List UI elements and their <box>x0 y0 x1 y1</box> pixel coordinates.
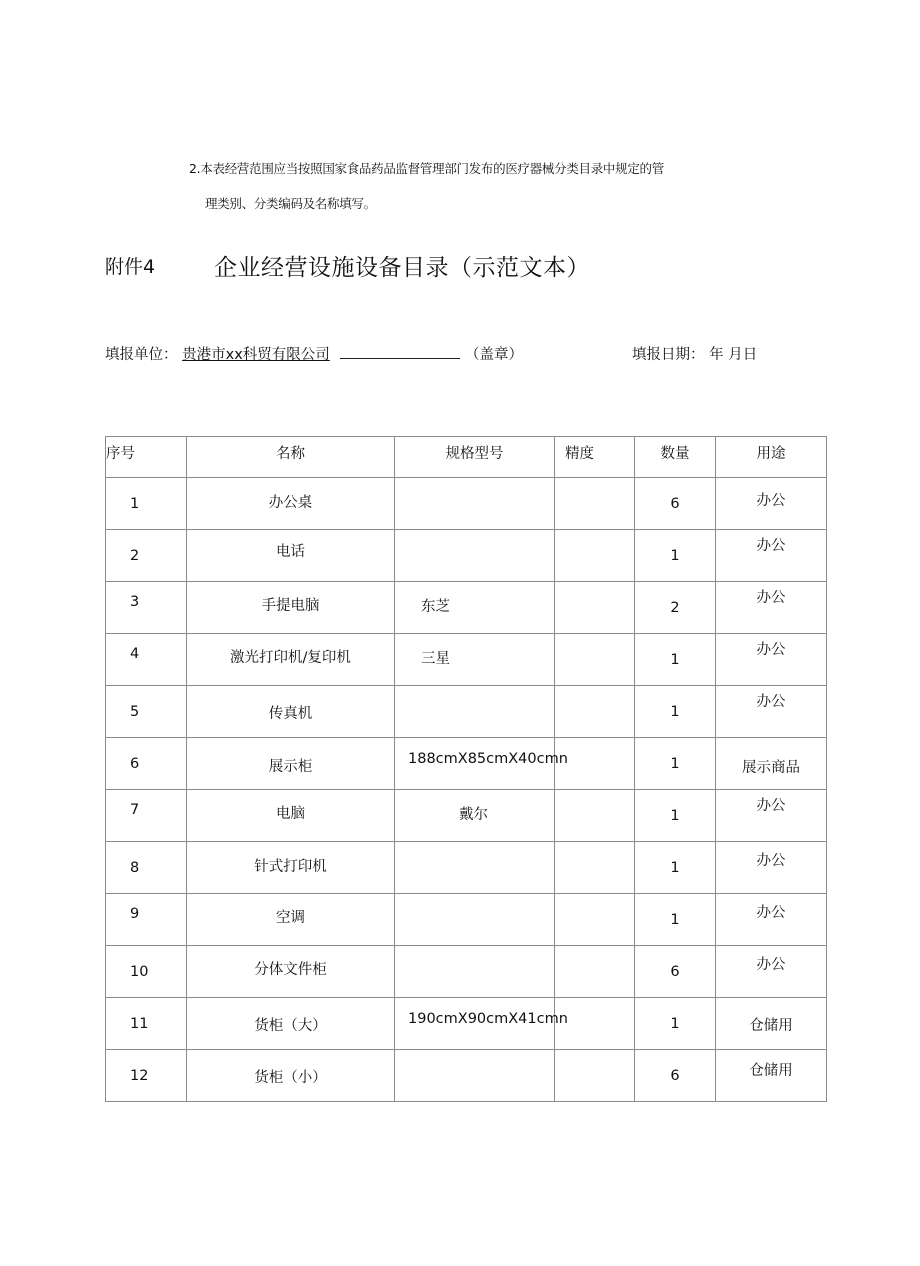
table-row: 5传真机1办公 <box>106 686 827 738</box>
cell-index: 1 <box>106 478 187 530</box>
cell-spec: 188cmX85cmX40cmn <box>395 738 555 790</box>
cell-use: 仓储用 <box>716 998 827 1050</box>
cell-index-text: 11 <box>130 1016 148 1032</box>
cell-use: 办公 <box>716 790 827 842</box>
table-row: 8针式打印机1办公 <box>106 842 827 894</box>
header-index: 序号 <box>106 437 187 478</box>
cell-spec-text: 190cmX90cmX41cmn <box>408 1011 568 1027</box>
cell-use-text: 展示商品 <box>716 756 826 777</box>
cell-spec <box>395 1050 555 1102</box>
cell-index: 10 <box>106 946 187 998</box>
cell-precision <box>555 530 635 582</box>
cell-use-text: 办公 <box>716 901 826 922</box>
cell-name-text: 手提电脑 <box>187 594 394 615</box>
cell-spec-text: 戴尔 <box>459 803 488 824</box>
cell-use-text: 办公 <box>716 849 826 870</box>
cell-use: 办公 <box>716 686 827 738</box>
cell-name-text: 分体文件柜 <box>187 958 394 979</box>
cell-index-text: 8 <box>130 860 139 876</box>
cell-name-text: 货柜（大） <box>187 1014 394 1035</box>
cell-use: 办公 <box>716 634 827 686</box>
cell-name-text: 电脑 <box>187 802 394 823</box>
attachment-label: 附件4 <box>105 252 155 279</box>
table-row: 1办公桌6办公 <box>106 478 827 530</box>
fill-date-row: 填报日期： 年 月日 <box>632 343 757 364</box>
cell-use: 办公 <box>716 946 827 998</box>
table-header-row: 序号 名称 规格型号 精度 数量 用途 <box>106 437 827 478</box>
cell-precision <box>555 946 635 998</box>
cell-spec <box>395 946 555 998</box>
cell-quantity-text: 6 <box>635 1068 715 1084</box>
cell-use-text: 办公 <box>716 534 826 555</box>
cell-name: 手提电脑 <box>187 582 395 634</box>
cell-quantity: 2 <box>635 582 716 634</box>
cell-index-text: 6 <box>130 756 139 772</box>
cell-precision <box>555 842 635 894</box>
cell-index-text: 12 <box>130 1068 148 1084</box>
cell-quantity: 1 <box>635 634 716 686</box>
cell-spec: 三星 <box>395 634 555 686</box>
cell-quantity-text: 6 <box>635 496 715 512</box>
cell-quantity: 6 <box>635 946 716 998</box>
cell-index-text: 1 <box>130 496 139 512</box>
cell-spec <box>395 530 555 582</box>
cell-use-text: 办公 <box>716 489 826 510</box>
cell-precision <box>555 582 635 634</box>
table-row: 11货柜（大）190cmX90cmX41cmn1仓储用 <box>106 998 827 1050</box>
cell-spec-text: 188cmX85cmX40cmn <box>408 751 568 767</box>
cell-index: 7 <box>106 790 187 842</box>
cell-index-text: 2 <box>130 548 139 564</box>
cell-name-text: 针式打印机 <box>187 855 394 876</box>
cell-use-text: 办公 <box>716 638 826 659</box>
equipment-table: 序号 名称 规格型号 精度 数量 用途 1办公桌6办公2电话1办公3手提电脑东芝… <box>105 436 827 1102</box>
cell-quantity: 1 <box>635 894 716 946</box>
cell-spec: 戴尔 <box>395 790 555 842</box>
cell-quantity-text: 1 <box>635 704 715 720</box>
cell-name: 电话 <box>187 530 395 582</box>
cell-quantity-text: 1 <box>635 756 715 772</box>
table-row: 9空调1办公 <box>106 894 827 946</box>
header-name: 名称 <box>187 437 395 478</box>
company-name: 贵港市xx科贸有限公司 <box>182 347 330 363</box>
cell-name: 货柜（大） <box>187 998 395 1050</box>
cell-name: 办公桌 <box>187 478 395 530</box>
cell-index: 5 <box>106 686 187 738</box>
note-line-1: 2.本表经营范围应当按照国家食品药品监督管理部门发布的医疗器械分类目录中规定的管 <box>189 159 664 177</box>
cell-spec <box>395 478 555 530</box>
cell-use-text: 办公 <box>716 794 826 815</box>
cell-name-text: 展示柜 <box>187 755 394 776</box>
signature-blank-line <box>340 344 460 359</box>
cell-quantity-text: 2 <box>635 600 715 616</box>
cell-quantity-text: 1 <box>635 652 715 668</box>
seal-label: （盖章） <box>465 347 523 363</box>
cell-name: 传真机 <box>187 686 395 738</box>
cell-quantity-text: 1 <box>635 912 715 928</box>
cell-index: 4 <box>106 634 187 686</box>
cell-index-text: 9 <box>130 906 139 922</box>
cell-name: 空调 <box>187 894 395 946</box>
cell-spec-text: 东芝 <box>421 595 450 616</box>
cell-precision <box>555 894 635 946</box>
cell-index-text: 5 <box>130 704 139 720</box>
fill-date-label: 填报日期： <box>632 347 705 363</box>
header-spec: 规格型号 <box>395 437 555 478</box>
cell-index: 12 <box>106 1050 187 1102</box>
table-row: 3手提电脑东芝2办公 <box>106 582 827 634</box>
cell-quantity: 1 <box>635 738 716 790</box>
page-title: 企业经营设施设备目录（示范文本） <box>214 249 590 282</box>
cell-precision <box>555 634 635 686</box>
cell-name: 电脑 <box>187 790 395 842</box>
cell-use-text: 办公 <box>716 586 826 607</box>
cell-name-text: 空调 <box>187 906 394 927</box>
cell-quantity: 6 <box>635 478 716 530</box>
cell-quantity: 1 <box>635 530 716 582</box>
cell-precision <box>555 738 635 790</box>
cell-quantity: 1 <box>635 842 716 894</box>
cell-name-text: 办公桌 <box>187 491 394 512</box>
header-precision: 精度 <box>555 437 635 478</box>
cell-index: 6 <box>106 738 187 790</box>
cell-name-text: 激光打印机/复印机 <box>187 646 394 667</box>
cell-quantity: 1 <box>635 686 716 738</box>
cell-spec <box>395 686 555 738</box>
table-row: 4激光打印机/复印机三星1办公 <box>106 634 827 686</box>
cell-index-text: 10 <box>130 964 148 980</box>
cell-use-text: 仓储用 <box>716 1059 826 1080</box>
cell-quantity: 1 <box>635 790 716 842</box>
cell-use-text: 办公 <box>716 953 826 974</box>
cell-use: 办公 <box>716 530 827 582</box>
cell-name: 激光打印机/复印机 <box>187 634 395 686</box>
cell-index-text: 3 <box>130 594 139 610</box>
cell-precision <box>555 1050 635 1102</box>
cell-use: 办公 <box>716 478 827 530</box>
cell-use: 办公 <box>716 894 827 946</box>
cell-spec <box>395 842 555 894</box>
table-row: 7电脑戴尔1办公 <box>106 790 827 842</box>
table-row: 10分体文件柜6办公 <box>106 946 827 998</box>
cell-precision <box>555 790 635 842</box>
cell-quantity: 1 <box>635 998 716 1050</box>
cell-precision <box>555 478 635 530</box>
cell-name: 针式打印机 <box>187 842 395 894</box>
cell-spec: 东芝 <box>395 582 555 634</box>
cell-index-text: 7 <box>130 802 139 818</box>
cell-quantity-text: 1 <box>635 548 715 564</box>
cell-spec: 190cmX90cmX41cmn <box>395 998 555 1050</box>
fill-unit-label: 填报单位： <box>105 347 178 363</box>
cell-use: 办公 <box>716 842 827 894</box>
cell-name-text: 传真机 <box>187 702 394 723</box>
header-use: 用途 <box>716 437 827 478</box>
fill-unit-row: 填报单位： 贵港市xx科贸有限公司 （盖章） <box>105 343 523 364</box>
cell-precision <box>555 998 635 1050</box>
cell-name: 分体文件柜 <box>187 946 395 998</box>
cell-quantity-text: 1 <box>635 860 715 876</box>
cell-spec-text: 三星 <box>421 647 450 668</box>
cell-use: 办公 <box>716 582 827 634</box>
cell-use-text: 仓储用 <box>716 1014 826 1035</box>
table-row: 2电话1办公 <box>106 530 827 582</box>
fill-date-value: 年 月日 <box>709 347 757 363</box>
cell-name: 展示柜 <box>187 738 395 790</box>
cell-name-text: 电话 <box>187 540 394 561</box>
cell-spec <box>395 894 555 946</box>
table-row: 12货柜（小）6仓储用 <box>106 1050 827 1102</box>
cell-quantity: 6 <box>635 1050 716 1102</box>
cell-index: 8 <box>106 842 187 894</box>
cell-quantity-text: 6 <box>635 964 715 980</box>
cell-name-text: 货柜（小） <box>187 1066 394 1087</box>
cell-use: 展示商品 <box>716 738 827 790</box>
cell-quantity-text: 1 <box>635 1016 715 1032</box>
cell-name: 货柜（小） <box>187 1050 395 1102</box>
cell-index: 3 <box>106 582 187 634</box>
note-line-2: 理类别、分类编码及名称填写。 <box>205 194 376 212</box>
cell-index-text: 4 <box>130 646 139 662</box>
cell-precision <box>555 686 635 738</box>
header-quantity: 数量 <box>635 437 716 478</box>
cell-index: 2 <box>106 530 187 582</box>
cell-index: 9 <box>106 894 187 946</box>
cell-use: 仓储用 <box>716 1050 827 1102</box>
cell-index: 11 <box>106 998 187 1050</box>
table-row: 6展示柜188cmX85cmX40cmn1展示商品 <box>106 738 827 790</box>
cell-quantity-text: 1 <box>635 808 715 824</box>
cell-use-text: 办公 <box>716 690 826 711</box>
